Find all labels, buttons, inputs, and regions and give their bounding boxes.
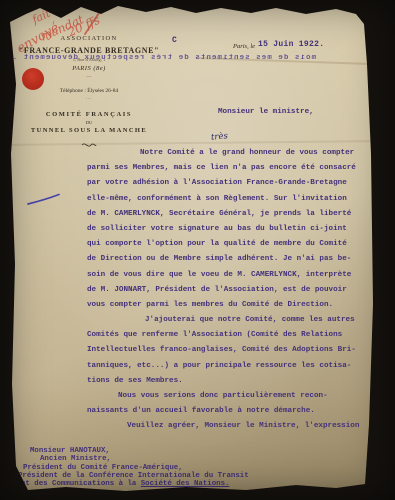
- date-value: 15 Juin 1922.: [258, 40, 324, 49]
- body-line: Intellectuelles franco-anglaises, Comité…: [87, 346, 369, 361]
- letterhead-dots: ...: [8, 96, 170, 101]
- body-line: tanniques, etc...) a pour principale res…: [87, 362, 369, 377]
- body-line: Notre Comité a le grand honneur de vous …: [140, 149, 369, 164]
- recipient-line-underlined: Société des Nations.: [141, 480, 230, 488]
- letterhead-committee-line3: TUNNEL SOUS LA MANCHE: [8, 128, 170, 135]
- salutation: Monsieur le ministre,: [218, 108, 314, 116]
- letter-body: Notre Comité a le grand honneur de vous …: [87, 149, 369, 438]
- recipient-line-text: Monsieur HANOTAUX,: [30, 447, 110, 455]
- body-line: qui comporte l'option pour la qualité de…: [87, 240, 369, 255]
- body-line: par votre adhésion à l'Association Franc…: [87, 179, 369, 194]
- handwritten-insertion: très: [211, 131, 229, 143]
- recipient-line: et des Communications à la Société des N…: [21, 480, 342, 488]
- body-line: soin de vous dire que le voeu de M. CAME…: [87, 271, 369, 286]
- body-line: vous compter parmi les membres du Comité…: [87, 301, 369, 316]
- body-line: naissants d'un accueil favorable à notre…: [87, 407, 369, 422]
- red-stamp: [22, 68, 44, 90]
- recipient-line: Monsieur HANOTAUX,: [30, 447, 342, 455]
- letterhead-committee-line2: DU: [8, 121, 170, 126]
- recipient-line: Président de la Conférence International…: [18, 472, 342, 480]
- letter-paper: fait envoyé mandat 20 ffs ASSOCIATION "F…: [6, 4, 376, 496]
- date-label: Paris, le: [233, 43, 255, 50]
- body-line: J'ajouterai que notre Comité, comme les …: [145, 316, 369, 331]
- typed-reference-mark: C: [172, 36, 177, 45]
- recipient-block: Monsieur HANOTAUX, Ancien Ministre, Prés…: [12, 447, 342, 488]
- body-line: parmi ses Membres, mais ce lien n'a pas …: [87, 164, 369, 179]
- letterhead-association: ASSOCIATION: [8, 36, 170, 43]
- body-line: de solliciter votre signature au bas du …: [87, 225, 369, 240]
- recipient-line-text: Président du Comité France-Amérique,: [23, 464, 183, 472]
- blue-pen-stroke: [28, 195, 59, 205]
- body-line: tions de ses Membres.: [87, 377, 369, 392]
- body-line: Nous vous serions donc particulièrement …: [118, 392, 369, 407]
- body-line: Comités que renferme l'Association (Comi…: [87, 331, 369, 346]
- recipient-line: Président du Comité France-Amérique,: [23, 464, 342, 472]
- letterhead: ASSOCIATION "FRANCE-GRANDE BRETAGNE" 1, …: [8, 32, 170, 153]
- body-line: elle-même, conformément à son Règlement.…: [87, 195, 369, 210]
- body-line: de Direction ou de Membre simple adhéren…: [87, 255, 369, 270]
- photographed-letter: fait envoyé mandat 20 ffs ASSOCIATION "F…: [0, 0, 395, 500]
- ink-transfer-line: mois de mes sentiments de très respectue…: [10, 54, 316, 62]
- recipient-line: Ancien Ministre,: [40, 455, 342, 463]
- recipient-line-text: Président de la Conférence International…: [18, 472, 249, 480]
- letterhead-committee-line1: COMITÉ FRANÇAIS: [8, 112, 170, 119]
- recipient-line-text: Ancien Ministre,: [40, 455, 111, 463]
- recipient-line-text: et des Communications à la: [21, 480, 141, 488]
- body-line: de M. CAMERLYNCK, Secrétaire Général, je…: [87, 210, 369, 225]
- body-line: de M. JONNART, Président de l'Associatio…: [87, 286, 369, 301]
- body-line: Veuillez agréer, Monsieur le Ministre, l…: [127, 422, 369, 437]
